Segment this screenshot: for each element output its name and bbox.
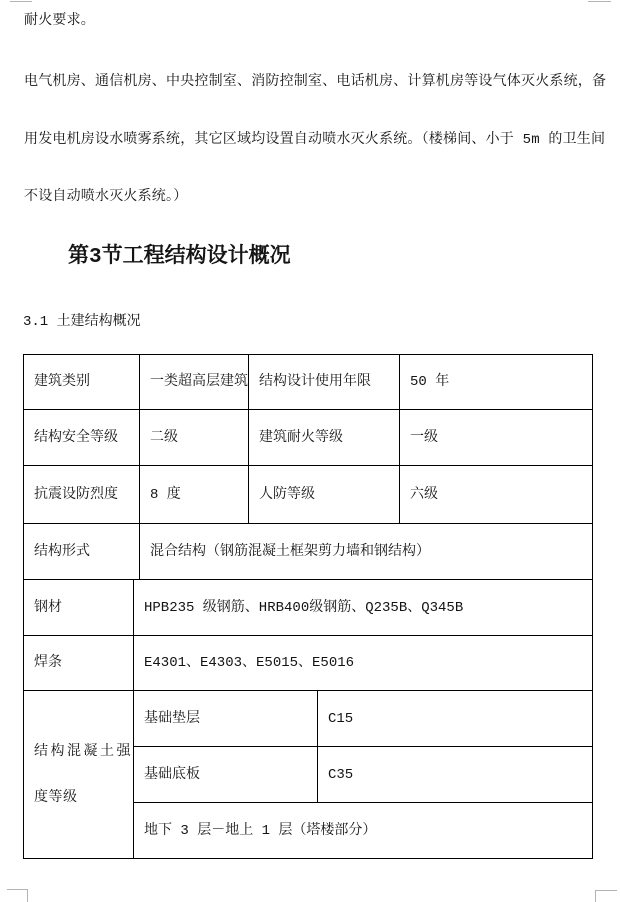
cell-safety-grade-label: 结构安全等级 bbox=[24, 410, 140, 466]
margin-mark-bottom-right-tick bbox=[595, 890, 596, 902]
cell-electrode-value: E4301、E4303、E5015、E5016 bbox=[134, 636, 593, 691]
cell-foundation-slab-value: C35 bbox=[318, 747, 593, 803]
cell-foundation-cushion-label: 基础垫层 bbox=[134, 691, 318, 747]
paragraph-fire-systems-line-1: 电气机房、通信机房、中央控制室、消防控制室、电话机房、计算机房等设气体灭火系统，… bbox=[24, 68, 606, 96]
document-page: 耐火要求。 电气机房、通信机房、中央控制室、消防控制室、电话机房、计算机房等设气… bbox=[0, 0, 620, 902]
cell-fire-rating-label: 建筑耐火等级 bbox=[249, 410, 400, 466]
cell-building-class-label: 建筑类别 bbox=[24, 355, 140, 410]
paragraph-fire-systems-line-2: 用发电机房设水喷雾系统，其它区域均设置自动喷水灭火系统。（楼梯间、小于 5m 的… bbox=[24, 126, 605, 154]
cell-floors-range: 地下 3 层－地上 1 层（塔楼部分） bbox=[134, 803, 593, 859]
cell-structure-type-value: 混合结构（钢筋混凝土框架剪力墙和钢结构） bbox=[140, 524, 593, 580]
margin-mark-bottom-right bbox=[595, 890, 617, 891]
table-row: 焊条 E4301、E4303、E5015、E5016 bbox=[24, 636, 593, 691]
cell-design-life-value: 50 年 bbox=[400, 355, 593, 410]
margin-mark-top-left bbox=[10, 1, 32, 2]
table-row: 结构形式 混合结构（钢筋混凝土框架剪力墙和钢结构） bbox=[24, 524, 593, 580]
paragraph-fire-systems-line-3: 不设自动喷水灭火系统。） bbox=[24, 183, 187, 211]
cell-building-class-value: 一类超高层建筑 bbox=[140, 355, 249, 410]
cell-civil-defense-label: 人防等级 bbox=[249, 466, 400, 524]
cell-foundation-slab-label: 基础底板 bbox=[134, 747, 318, 803]
table-row: 建筑类别 一类超高层建筑 结构设计使用年限 50 年 bbox=[24, 355, 593, 410]
paragraph-fire-requirement: 耐火要求。 bbox=[24, 7, 95, 35]
cell-foundation-cushion-value: C15 bbox=[318, 691, 593, 747]
cell-steel-value: HPB235 级钢筋、HRB400级钢筋、Q235B、Q345B bbox=[134, 580, 593, 636]
margin-mark-bottom-left-tick bbox=[27, 889, 28, 902]
concrete-grade-label-line-1: 结构混凝土强 bbox=[34, 740, 129, 764]
cell-structure-type-label: 结构形式 bbox=[24, 524, 140, 580]
subsection-heading: 3.1 土建结构概况 bbox=[23, 308, 141, 336]
cell-seismic-intensity-label: 抗震设防烈度 bbox=[24, 466, 140, 524]
cell-concrete-grade-label: 结构混凝土强 度等级 bbox=[24, 691, 134, 859]
table-row: 钢材 HPB235 级钢筋、HRB400级钢筋、Q235B、Q345B bbox=[24, 580, 593, 636]
cell-civil-defense-value: 六级 bbox=[400, 466, 593, 524]
cell-seismic-intensity-value: 8 度 bbox=[140, 466, 249, 524]
cell-safety-grade-value: 二级 bbox=[140, 410, 249, 466]
table-row: 抗震设防烈度 8 度 人防等级 六级 bbox=[24, 466, 593, 524]
cell-design-life-label: 结构设计使用年限 bbox=[249, 355, 400, 410]
cell-steel-label: 钢材 bbox=[24, 580, 134, 636]
margin-mark-bottom-left bbox=[7, 889, 28, 890]
section-heading: 第3节工程结构设计概况 bbox=[68, 242, 291, 274]
table-row: 结构安全等级 二级 建筑耐火等级 一级 bbox=[24, 410, 593, 466]
concrete-grade-label-line-2: 度等级 bbox=[34, 786, 129, 810]
civil-structure-table: 建筑类别 一类超高层建筑 结构设计使用年限 50 年 结构安全等级 二级 建筑耐… bbox=[23, 354, 593, 859]
margin-mark-top-right bbox=[588, 1, 611, 2]
table-row: 结构混凝土强 度等级 基础垫层 C15 bbox=[24, 691, 593, 747]
cell-fire-rating-value: 一级 bbox=[400, 410, 593, 466]
cell-electrode-label: 焊条 bbox=[24, 636, 134, 691]
